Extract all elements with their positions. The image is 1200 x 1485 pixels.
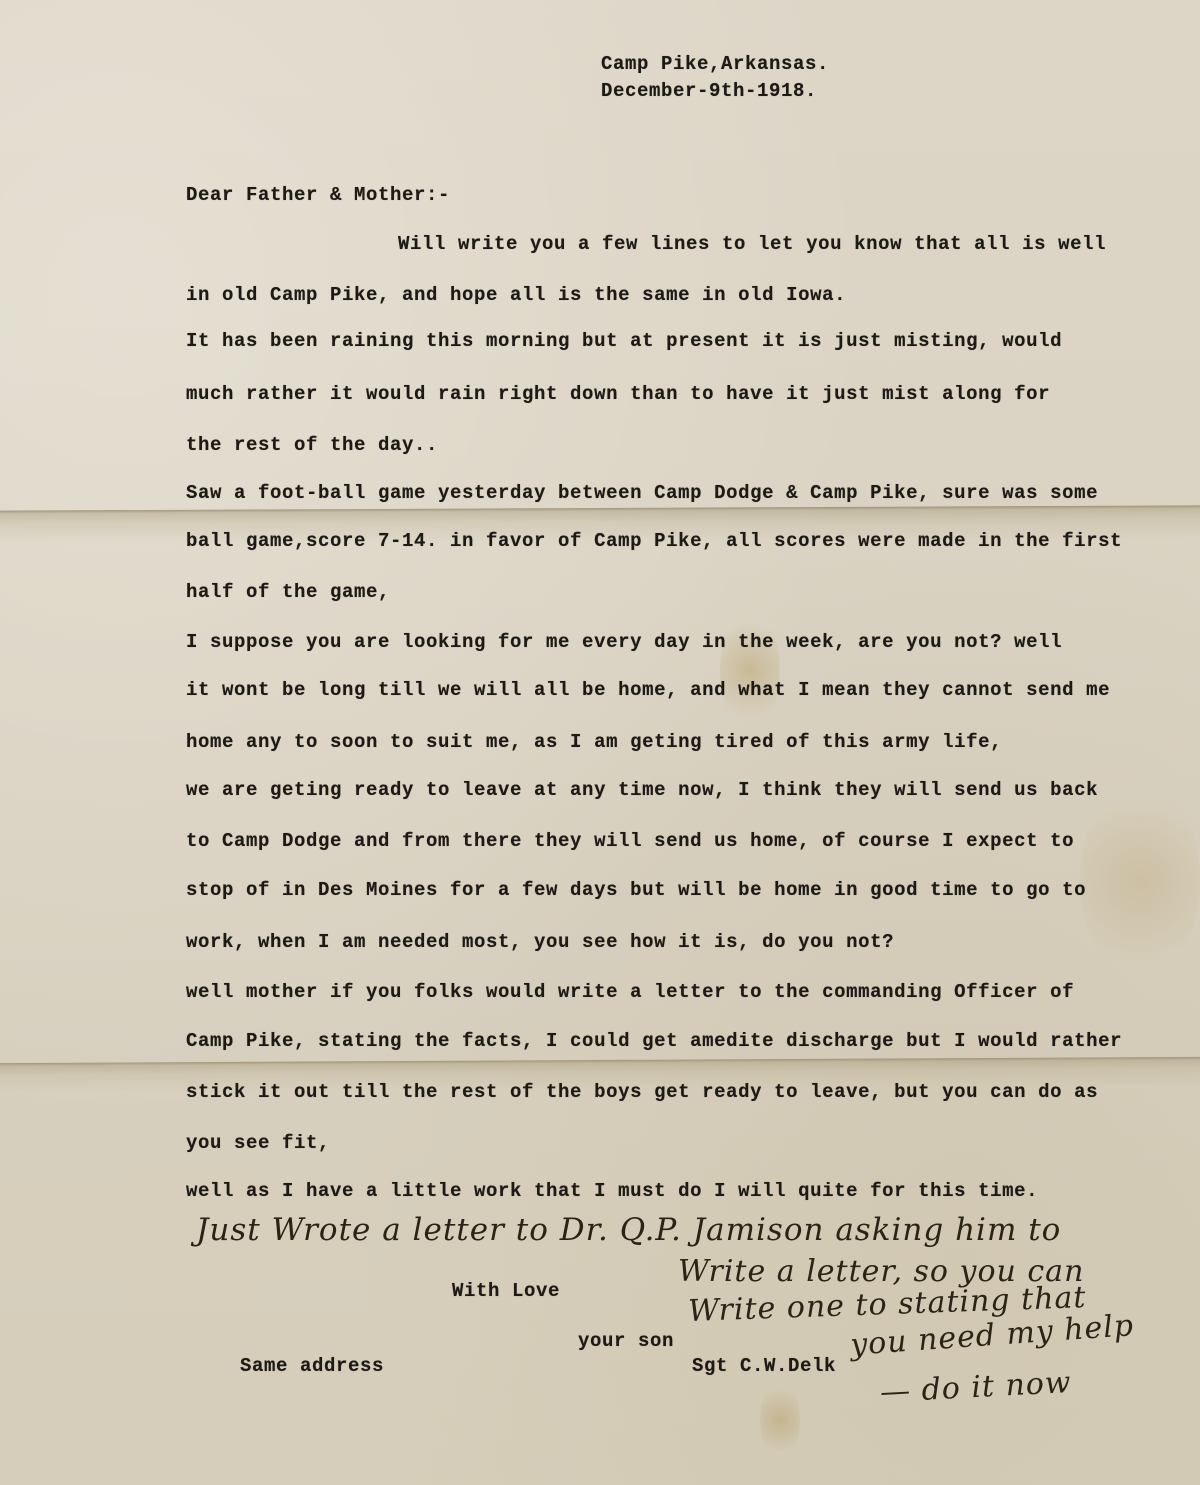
body-line: much rather it would rain right down tha… — [186, 383, 1050, 405]
closing-your-son: your son — [578, 1330, 674, 1352]
body-line: Will write you a few lines to let you kn… — [398, 233, 1106, 255]
body-line: you see fit, — [186, 1132, 330, 1154]
body-line: stop of in Des Moines for a few days but… — [186, 879, 1086, 901]
body-line: Saw a foot-ball game yesterday between C… — [186, 482, 1098, 504]
return-address-note: Same address — [240, 1355, 384, 1377]
body-line: well mother if you folks would write a l… — [186, 981, 1074, 1003]
stain-mark — [720, 610, 780, 730]
body-line: half of the game, — [186, 581, 390, 603]
body-line: it wont be long till we will all be home… — [186, 679, 1110, 701]
stain-mark — [760, 1380, 800, 1460]
letter-page: Camp Pike,Arkansas. December-9th-1918. D… — [0, 0, 1200, 1485]
body-line: stick it out till the rest of the boys g… — [186, 1081, 1098, 1103]
handwritten-note-line: — do it now — [879, 1365, 1072, 1410]
body-line: well as I have a little work that I must… — [186, 1180, 1038, 1202]
stain-mark — [1080, 780, 1200, 980]
letter-date: December-9th-1918. — [601, 80, 817, 102]
body-line: ball game,score 7-14. in favor of Camp P… — [186, 530, 1122, 552]
letter-place: Camp Pike,Arkansas. — [601, 53, 829, 75]
body-line: the rest of the day.. — [186, 434, 438, 456]
body-line: we are geting ready to leave at any time… — [186, 779, 1098, 801]
body-line: It has been raining this morning but at … — [186, 330, 1062, 352]
body-line: to Camp Dodge and from there they will s… — [186, 830, 1074, 852]
handwritten-note-line: Just Wrote a letter to Dr. Q.P. Jamison … — [196, 1212, 1061, 1248]
body-line: work, when I am needed most, you see how… — [186, 931, 894, 953]
body-line: I suppose you are looking for me every d… — [186, 631, 1062, 653]
signature: Sgt C.W.Delk — [692, 1355, 836, 1377]
salutation: Dear Father & Mother:- — [186, 184, 450, 206]
closing: With Love — [452, 1280, 560, 1302]
body-line: home any to soon to suit me, as I am get… — [186, 731, 1002, 753]
body-line: Camp Pike, stating the facts, I could ge… — [186, 1030, 1122, 1052]
body-line: in old Camp Pike, and hope all is the sa… — [186, 284, 846, 306]
